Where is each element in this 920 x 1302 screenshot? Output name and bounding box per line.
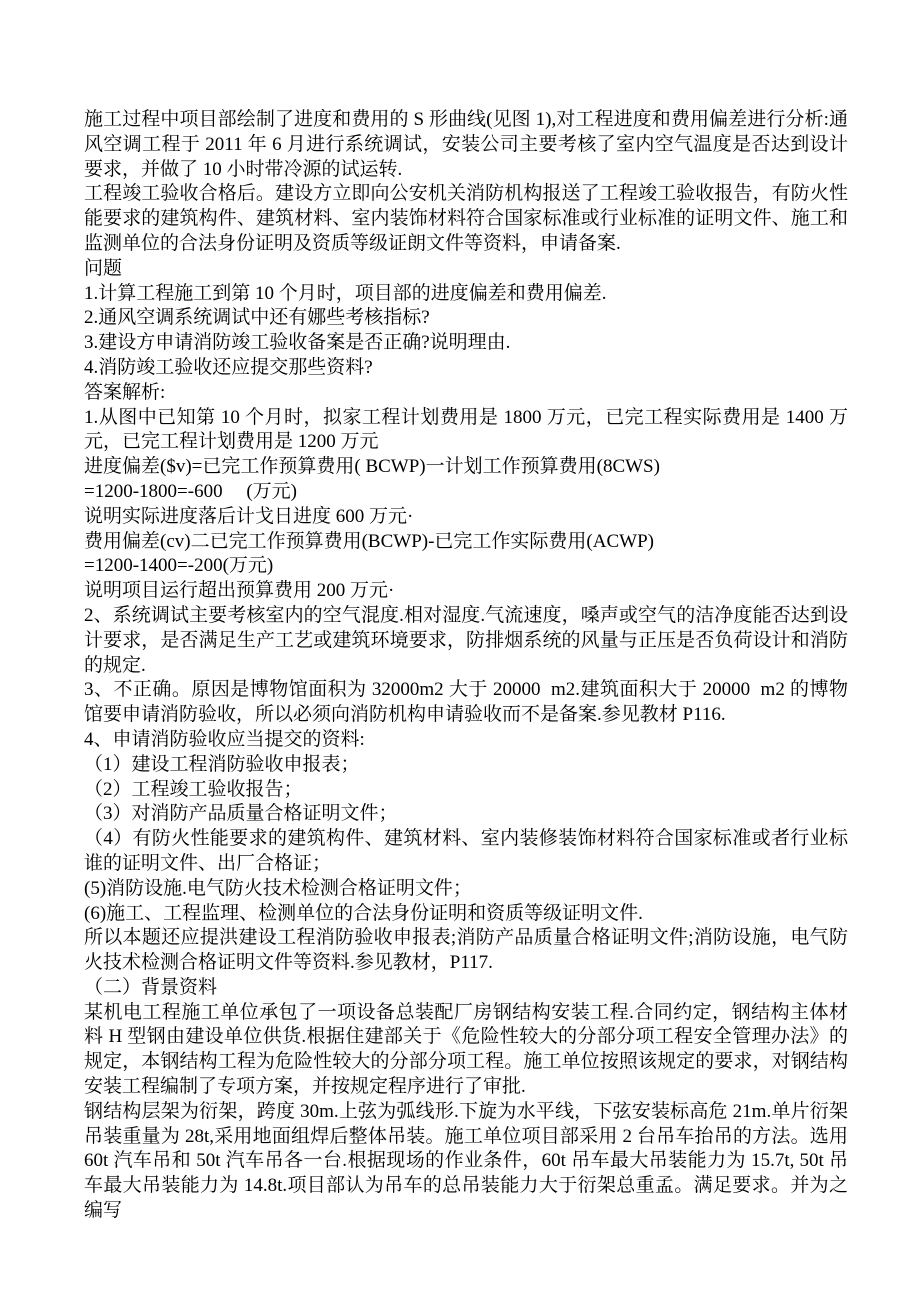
schedule-variance-formula: 进度偏差($v)=已完工作预算费用( BCWP)一计划工作预算费用(8CWS)	[84, 455, 848, 480]
section-2-background-1: 某机电工程施工单位承包了一项设备总装配厂房钢结构安装工程.合同约定，钢结构主体材…	[84, 1001, 848, 1100]
question-1: 1.计算工程施工到第 10 个月时，项目部的进度偏差和费用偏差.	[84, 282, 848, 307]
answer-3: 3、不正确。原因是博物馆面积为 32000m2 大于 20000 m2.建筑面积…	[84, 678, 848, 728]
cost-variance-result: =1200-1400=-200(万元)	[84, 554, 848, 579]
answer-4-item-6: (6)施工、工程监理、检测单位的合法身份证明和资质等级证明文件.	[84, 902, 848, 927]
background-paragraph-2: 工程竣工验收合格后。建设方立即向公安机关消防机构报送了工程竣工验收报告，有防火性…	[84, 182, 848, 256]
answer-4-summary: 所以本题还应提洪建设工程消防验收申报表;消防产品质量合格证明文件;消防设施，电气…	[84, 926, 848, 976]
cost-variance-note: 说明项目运行超出预算费用 200 万元·	[84, 579, 848, 604]
answer-heading: 答案解析:	[84, 381, 848, 406]
question-4: 4.消防竣工验收还应提交那些资料?	[84, 356, 848, 381]
question-3: 3.建设方申请消防竣工验收备案是否正确?说明理由.	[84, 331, 848, 356]
schedule-variance-note: 说明实际进度落后计戈日进度 600 万元·	[84, 505, 848, 530]
answer-4-heading: 4、申请消防验收应当提交的资料:	[84, 728, 848, 753]
section-2-heading: （二）背景资料	[84, 976, 848, 1001]
schedule-variance-result: =1200-1800=-600 (万元)	[84, 480, 848, 505]
answer-4-item-3: （3）对消防产品质量合格证明文件；	[84, 802, 848, 827]
answer-4-item-4: （4）有防火性能要求的建筑构件、建筑材料、室内装修装饰材料符合国家标准或者行业标…	[84, 827, 848, 877]
cost-variance-formula: 费用偏差(cv)二已完工作预算费用(BCWP)-已完工作实际费用(ACWP)	[84, 530, 848, 555]
questions-heading: 问题	[84, 257, 848, 282]
answer-4-item-1: （1）建设工程消防验收申报表；	[84, 753, 848, 778]
question-2: 2.通风空调系统调试中还有娜些考核指标?	[84, 306, 848, 331]
answer-2: 2、系统调试主要考核室内的空气混度.相对湿度.气流速度，嗓声或空气的洁净度能否达…	[84, 604, 848, 678]
answer-1-intro: 1.从图中已知第 10 个月时，拟家工程计划费用是 1800 万元，已完工程实际…	[84, 406, 848, 456]
document-page: 施工过程中项目部绘制了进度和费用的 S 形曲线(见图 1),对工程进度和费用偏差…	[0, 0, 920, 1302]
answer-4-item-5: (5)消防设施.电气防火技术检测合格证明文件；	[84, 877, 848, 902]
answer-4-item-2: （2）工程竣工验收报告；	[84, 778, 848, 803]
background-paragraph-1: 施工过程中项目部绘制了进度和费用的 S 形曲线(见图 1),对工程进度和费用偏差…	[84, 108, 848, 182]
section-2-background-2: 钢结构层架为衍架，跨度 30m.上弦为弧线形.下旋为水平线，下弦安装标高危 21…	[84, 1100, 848, 1224]
